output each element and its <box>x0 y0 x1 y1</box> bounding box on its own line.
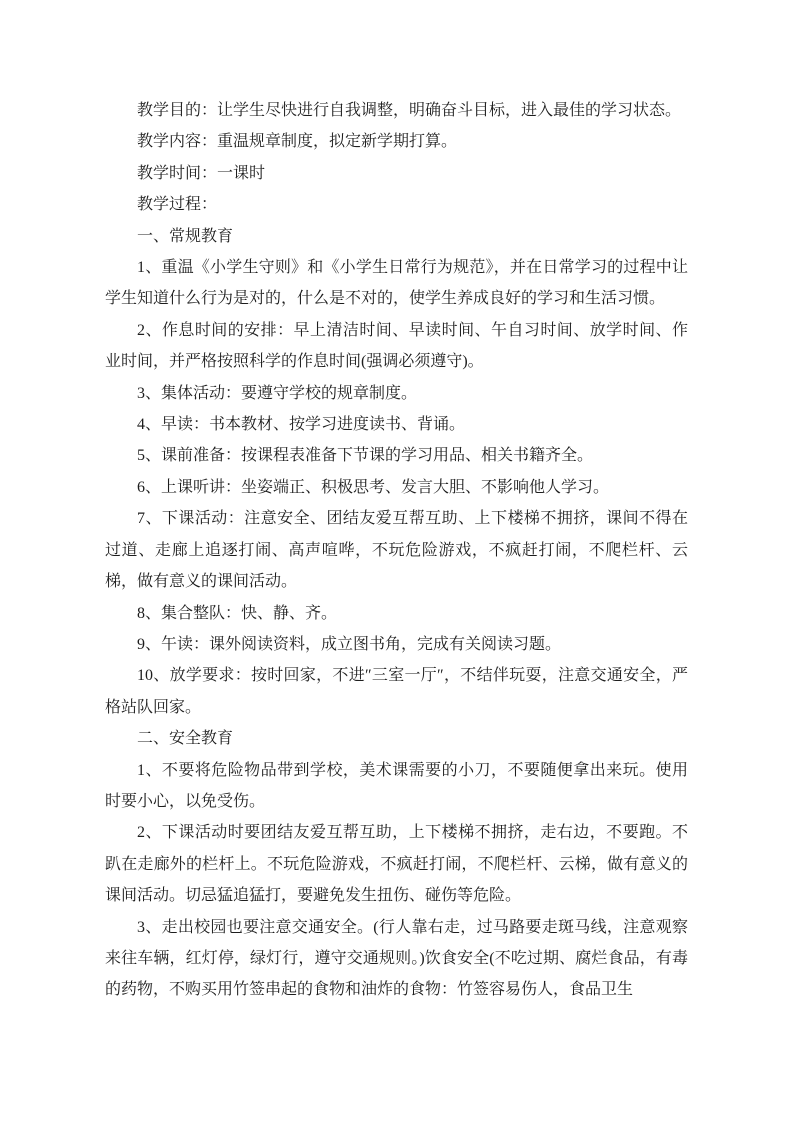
paragraph-item-3: 3、集体活动：要遵守学校的规章制度。 <box>105 378 688 409</box>
paragraph-teaching-process: 教学过程： <box>105 189 688 220</box>
paragraph-item-5: 5、课前准备：按课程表准备下节课的学习用品、相关书籍齐全。 <box>105 440 688 471</box>
paragraph-item-9: 9、午读：课外阅读资料，成立图书角，完成有关阅读习题。 <box>105 629 688 660</box>
paragraph-item-8: 8、集合整队：快、静、齐。 <box>105 598 688 629</box>
section-heading-regular-education: 一、常规教育 <box>105 221 688 252</box>
paragraph-item-10: 10、放学要求：按时回家，不进″三室一厅″，不结伴玩耍，注意交通安全，严格站队回… <box>105 660 688 723</box>
paragraph-safety-item-3: 3、走出校园也要注意交通安全。(行人靠右走，过马路要走斑马线，注意观察来往车辆，… <box>105 912 688 1006</box>
paragraph-item-4: 4、早读：书本教材、按学习进度读书、背诵。 <box>105 409 688 440</box>
document-page: 教学目的：让学生尽快进行自我调整，明确奋斗目标，进入最佳的学习状态。 教学内容：… <box>0 0 793 1122</box>
paragraph-safety-item-2: 2、下课活动时要团结友爱互帮互助，上下楼梯不拥挤，走右边，不要跑。不趴在走廊外的… <box>105 817 688 911</box>
paragraph-teaching-time: 教学时间：一课时 <box>105 158 688 189</box>
section-heading-safety-education: 二、安全教育 <box>105 723 688 754</box>
document-body: 教学目的：让学生尽快进行自我调整，明确奋斗目标，进入最佳的学习状态。 教学内容：… <box>105 95 688 1006</box>
paragraph-teaching-content: 教学内容：重温规章制度，拟定新学期打算。 <box>105 126 688 157</box>
paragraph-item-7: 7、下课活动：注意安全、团结友爱互帮互助、上下楼梯不拥挤，课间不得在过道、走廊上… <box>105 503 688 597</box>
paragraph-item-6: 6、上课听讲：坐姿端正、积极思考、发言大胆、不影响他人学习。 <box>105 472 688 503</box>
paragraph-teaching-purpose: 教学目的：让学生尽快进行自我调整，明确奋斗目标，进入最佳的学习状态。 <box>105 95 688 126</box>
paragraph-safety-item-1: 1、不要将危险物品带到学校，美术课需要的小刀，不要随便拿出来玩。使用时要小心，以… <box>105 755 688 818</box>
paragraph-item-1: 1、重温《小学生守则》和《小学生日常行为规范》，并在日常学习的过程中让学生知道什… <box>105 252 688 315</box>
paragraph-item-2: 2、作息时间的安排：早上清洁时间、早读时间、午自习时间、放学时间、作业时间，并严… <box>105 315 688 378</box>
